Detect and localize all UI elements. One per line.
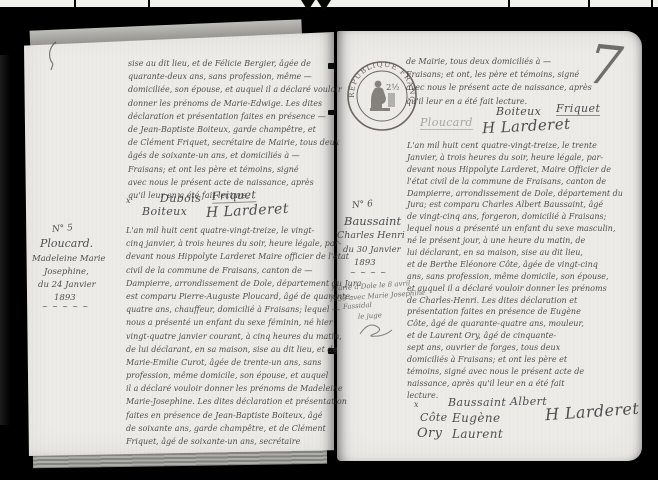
handwriting-line: de Charles-Henri. Les dites déclaration …: [407, 295, 635, 307]
film-tick-icon: [588, 0, 590, 7]
handwriting-line: quatre ans, chauffeur, domicilié à Frais…: [126, 303, 334, 316]
handwriting-line: Marie-Josephine. Les dites déclaration e…: [126, 395, 334, 408]
signature-boiteux: Boiteux: [142, 205, 187, 218]
handwriting-line: avec nous le présent acte de naissance, …: [128, 176, 334, 189]
film-frame-marker-icon: [317, 0, 331, 11]
act6-margin-date: 1893: [354, 258, 376, 268]
act6-margin-date: du 30 Janvier: [343, 245, 401, 255]
handwriting-line: né le présent jour, à une heure du matin…: [407, 235, 635, 247]
handwriting-line: témoins, signé avec nous le présent acte…: [407, 366, 635, 378]
act5-margin-givenname: Josephine,: [44, 267, 89, 277]
signature-cote-witness: Eugène: [452, 411, 501, 425]
stamp-denomination: 2½: [386, 82, 400, 93]
handwriting-line: sept ans, ouvrier de forges, tous deux: [407, 342, 635, 354]
handwriting-line: et de Laurent Ory, âgé de cinquante-: [407, 330, 635, 342]
film-edge-shadow: [0, 55, 11, 425]
signature-friquet: Friquet: [556, 102, 600, 116]
handwriting-line: présentation faites en présence de Eugèn…: [407, 306, 635, 318]
handwriting-line: lequel nous a présenté un enfant du sexe…: [407, 223, 635, 235]
film-tick-icon: [508, 0, 510, 7]
handwriting-line: civil de la commune de Fraisans, canton …: [126, 264, 334, 277]
act5-margin-date: 1893: [54, 293, 76, 303]
signature-baussaint-father: Albert: [510, 395, 547, 408]
signature-dubois: Dubois: [160, 192, 201, 205]
handwriting-line: devant nous Hippolyte Larderet, Maire Of…: [407, 164, 635, 176]
handwriting-line: naissance, après qu'il leur en a été fai…: [407, 378, 635, 390]
handwriting-line: de Jean-Baptiste Boiteux, garde champêtr…: [128, 123, 334, 136]
margin-flourish: ~ ~ ~ ~ ~: [42, 303, 89, 311]
witness-cross-mark: x: [414, 400, 419, 409]
film-tick-icon: [74, 0, 76, 7]
act6-margin-number: N° 6: [352, 199, 374, 211]
handwriting-line: Friquet, âgé de soixante-un ans, secréta…: [126, 435, 334, 448]
signature-ory-witness: Ory: [417, 426, 442, 441]
stray-ink-mark: [42, 40, 62, 74]
handwriting-line: avec nous le présent acte de naissance, …: [406, 81, 596, 94]
handwriting-line: domiciliés à Fraisans; et ont les père e…: [407, 354, 635, 366]
handwriting-line: L'an mil huit cent quatre-vingt-treize, …: [126, 224, 334, 237]
handwriting-line: domiciliée, son épouse, et auquel il a d…: [128, 83, 334, 96]
margin-flourish: ~ ~ ~ ~: [350, 269, 387, 277]
handwriting-line: Jura; est comparu Charles Albert Baussai…: [407, 199, 635, 211]
handwriting-line: de lui déclarant, en sa maison, sise au …: [126, 343, 334, 356]
handwriting-line: vingt-quatre janvier courant, à cinq heu…: [126, 330, 334, 343]
signature-baussaint-father: Baussaint: [448, 396, 506, 409]
microfilm-scan-frame: sise au dit lieu, et de Félicie Bergier,…: [0, 0, 658, 480]
signature-cote-witness: Côte: [420, 411, 448, 424]
handwriting-line: profession, même domicile, son épouse, e…: [126, 369, 334, 382]
handwriting-line: est comparu Pierre-Auguste Ploucard, âgé…: [126, 290, 334, 303]
judge-signature-flourish: [358, 318, 394, 340]
act6-text: L'an mil huit cent quatre-vingt-treize, …: [407, 140, 635, 402]
handwriting-line: Dampierre, arrondissement de Dole, dépar…: [407, 188, 635, 200]
handwriting-line: l'état civil de la commune de Fraisans, …: [407, 176, 635, 188]
page-number: 7: [585, 32, 626, 98]
handwriting-line: devant nous Hippolyte Larderet Maire off…: [126, 250, 334, 263]
act5-margin-date: du 24 Janvier: [38, 280, 96, 290]
act5-closing-text: de Mairie, tous deux domiciliés à —Frais…: [406, 55, 596, 108]
act6-margin-givenname: Charles Henri: [337, 230, 405, 241]
signature-ploucard-father: Ploucard: [420, 116, 473, 130]
handwriting-line: nous a présenté un enfant du sexe fémini…: [126, 316, 334, 329]
film-tick-icon: [148, 0, 150, 7]
handwriting-line: déclaration et présentation faites en pr…: [128, 110, 334, 123]
handwriting-line: il a déclaré vouloir donner les prénoms …: [126, 382, 334, 395]
handwriting-line: lui déclarant, en sa maison, sise au dit…: [407, 247, 635, 259]
handwriting-line: Janvier, à trois heures du soir, heure l…: [407, 152, 635, 164]
handwriting-line: Fraisans; et ont, les père et témoins, s…: [406, 68, 596, 81]
handwriting-line: de soixante ans, garde champêtre, et de …: [126, 422, 334, 435]
act4-closing-text: sise au dit lieu, et de Félicie Bergier,…: [128, 57, 334, 202]
handwriting-line: de vingt-cinq ans, forgeron, domicilié à…: [407, 211, 635, 223]
handwriting-line: de Mairie, tous deux domiciliés à —: [406, 55, 596, 68]
act6-margin-surname: Baussaint: [344, 214, 401, 228]
handwriting-line: Dampierre, arrondissement de Dole, dépar…: [126, 277, 334, 290]
film-header-strip: [0, 0, 658, 7]
handwriting-line: et de Berthe Eléonore Côte, âgée de ving…: [407, 259, 635, 271]
signature-friquet: Friquet: [212, 188, 257, 204]
handwriting-line: sise au dit lieu, et de Félicie Bergier,…: [128, 57, 334, 70]
signature-ory-witness: Laurent: [452, 427, 503, 441]
handwriting-line: quarante-deux ans, sans profession, même…: [128, 70, 334, 83]
handwriting-line: Fraisans; et ont les père et témoins, si…: [128, 163, 334, 176]
act5-margin-surname: Ploucard.: [40, 237, 93, 250]
handwriting-line: Marie-Emilie Curot, âgée de trente-un an…: [126, 356, 334, 369]
handwriting-line: et auquel il a déclaré vouloir donner le…: [407, 283, 635, 295]
handwriting-line: de Clément Friquet, secrétaire de Mairie…: [128, 136, 334, 149]
film-tick-icon: [651, 0, 653, 7]
act5-text: L'an mil huit cent quatre-vingt-treize, …: [126, 224, 334, 448]
handwriting-line: Côte, âgé de quarante-quatre ans, mouleu…: [407, 318, 635, 330]
act5-margin-givenname: Madeleine Marie: [32, 254, 106, 264]
handwriting-line: cinq janvier, à trois heures du soir, he…: [126, 237, 334, 250]
handwriting-line: donner les prénoms de Marie-Edwige. Les …: [128, 97, 334, 110]
handwriting-line: âgés de soixante-un ans, et domiciliés à…: [128, 149, 334, 162]
handwriting-line: L'an mil huit cent quatre-vingt-treize, …: [407, 140, 635, 152]
film-frame-marker-icon: [301, 0, 315, 11]
act5-margin-number: N° 5: [52, 223, 74, 235]
handwriting-line: faites en présence de Jean-Baptiste Boit…: [126, 409, 334, 422]
witness-cross-mark: x: [126, 196, 131, 205]
handwriting-line: ans, sans profession, même domicile, son…: [407, 271, 635, 283]
